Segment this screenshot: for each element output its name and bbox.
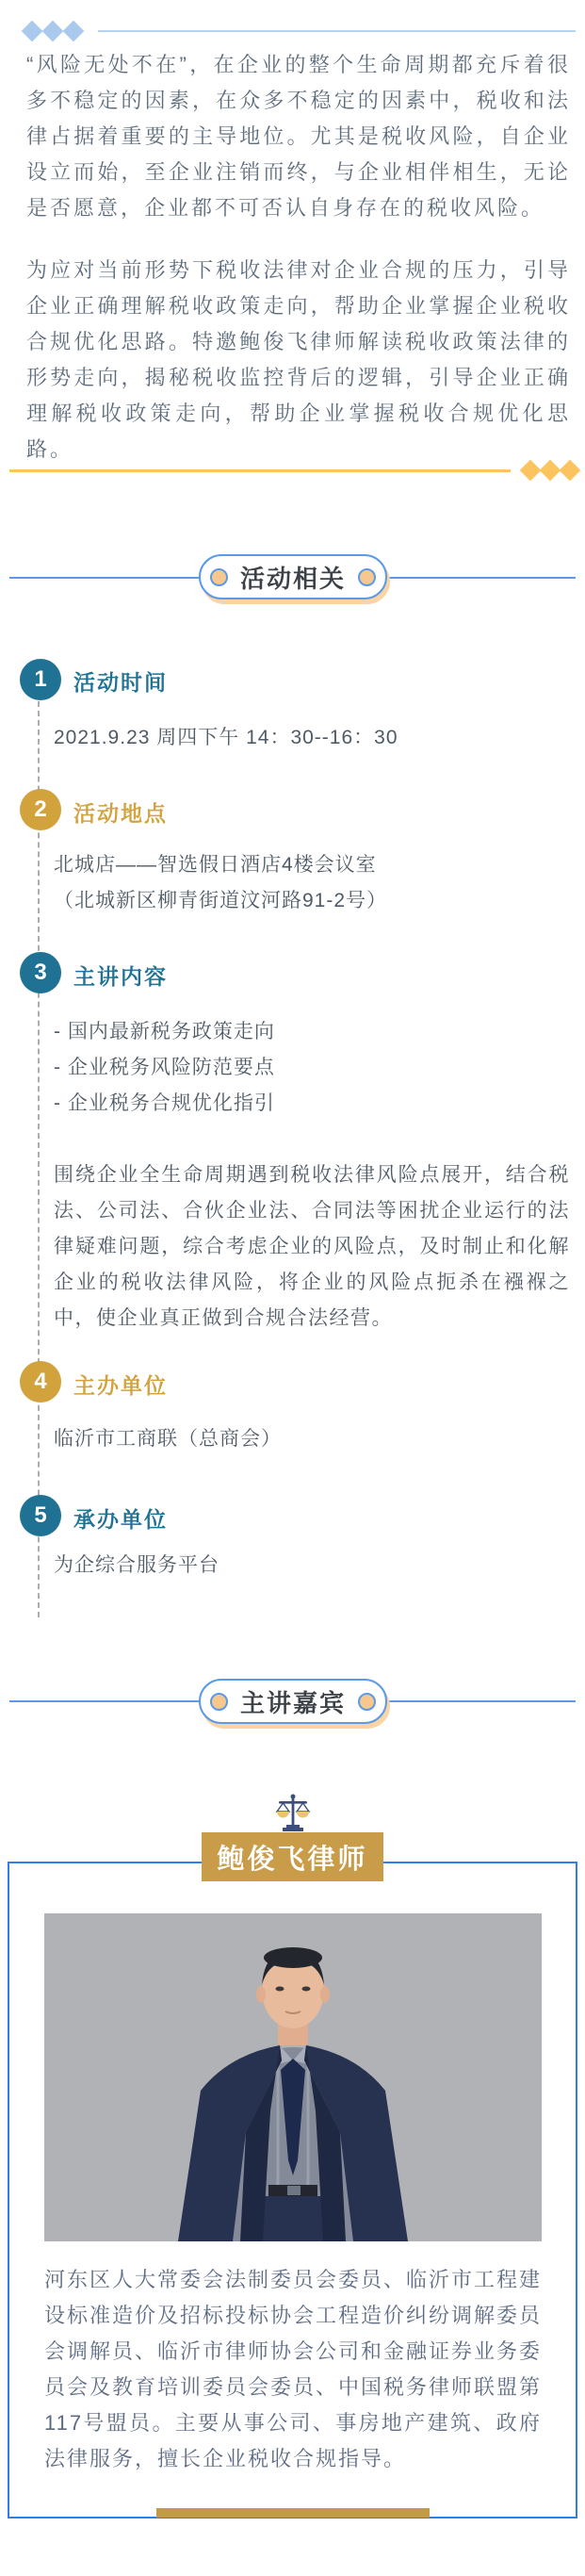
section-title-speaker: 主讲嘉宾 bbox=[240, 1684, 346, 1719]
article-page: “风险无处不在”，在企业的整个生命周期都充斥着很多不稳定的因素，在众多不稳定的因… bbox=[0, 0, 585, 2576]
diamond-icon bbox=[63, 21, 85, 42]
gold-divider-line bbox=[9, 469, 511, 472]
agenda-number-badge: 2 bbox=[20, 789, 61, 830]
intro-paragraph-2: 为应对当前形势下税收法律对企业合规的压力，引导企业正确理解税收政策走向，帮助企业… bbox=[26, 253, 571, 468]
top-divider-line bbox=[98, 30, 576, 32]
agenda-paragraph: 围绕企业全生命周期遇到税收法律风险点展开，结合税法、公司法、合伙企业法、合同法等… bbox=[54, 1157, 570, 1337]
agenda-number-badge: 1 bbox=[20, 659, 61, 700]
timeline-dashed-line bbox=[38, 701, 40, 1617]
agenda-body-line: 临沂市工商联（总商会） bbox=[54, 1423, 282, 1452]
agenda-body-line: 2021.9.23 周四下午 14：30--16：30 bbox=[54, 722, 398, 750]
card-accent-bar bbox=[156, 2508, 430, 2518]
agenda-number: 4 bbox=[34, 1369, 46, 1394]
intro-paragraph-1: “风险无处不在”，在企业的整个生命周期都充斥着很多不稳定的因素，在众多不稳定的因… bbox=[26, 47, 571, 226]
section-header-speaker: 主讲嘉宾 bbox=[199, 1679, 387, 1724]
dot-icon bbox=[358, 1693, 376, 1711]
scales-of-justice-icon bbox=[274, 1793, 312, 1837]
agenda-label: 活动地点 bbox=[73, 796, 168, 828]
agenda-body-line: - 企业税务合规优化指引 bbox=[54, 1088, 275, 1116]
agenda-body-line: 北城店——智选假日酒店4楼会议室 bbox=[54, 849, 377, 878]
agenda-label: 主办单位 bbox=[73, 1369, 168, 1400]
agenda-label: 承办单位 bbox=[73, 1502, 168, 1534]
diamond-icon bbox=[22, 21, 43, 42]
agenda-body-line: - 国内最新税务政策走向 bbox=[54, 1016, 275, 1044]
dot-icon bbox=[210, 568, 228, 586]
agenda-number-badge: 3 bbox=[20, 952, 61, 993]
agenda-number: 3 bbox=[34, 960, 46, 985]
agenda-number-badge: 4 bbox=[20, 1361, 61, 1403]
agenda-body-line: 为企综合服务平台 bbox=[54, 1550, 219, 1578]
agenda-label: 活动时间 bbox=[73, 665, 168, 697]
agenda-number: 5 bbox=[34, 1502, 46, 1528]
agenda-number: 2 bbox=[34, 796, 46, 822]
agenda-body-line: - 企业税务风险防范要点 bbox=[54, 1052, 275, 1080]
speaker-banner: 鲍俊飞律师 bbox=[202, 1832, 383, 1881]
speaker-photo bbox=[44, 1913, 542, 2241]
diamond-icon bbox=[42, 21, 64, 42]
agenda-number: 1 bbox=[34, 666, 46, 692]
agenda-number-badge: 5 bbox=[20, 1495, 61, 1536]
section-header-activity: 活动相关 bbox=[199, 554, 387, 599]
agenda-body-line: （北城新区柳青街道汶河路91-2号） bbox=[54, 885, 387, 913]
agenda-label: 主讲内容 bbox=[73, 960, 168, 991]
speaker-bio: 河东区人大常委会法制委员会委员、临沂市工程建设标准造价及招标投标协会工程造价纠纷… bbox=[44, 2262, 542, 2477]
dot-icon bbox=[210, 1693, 228, 1711]
dot-icon bbox=[358, 568, 376, 586]
section-title-activity: 活动相关 bbox=[240, 560, 346, 595]
